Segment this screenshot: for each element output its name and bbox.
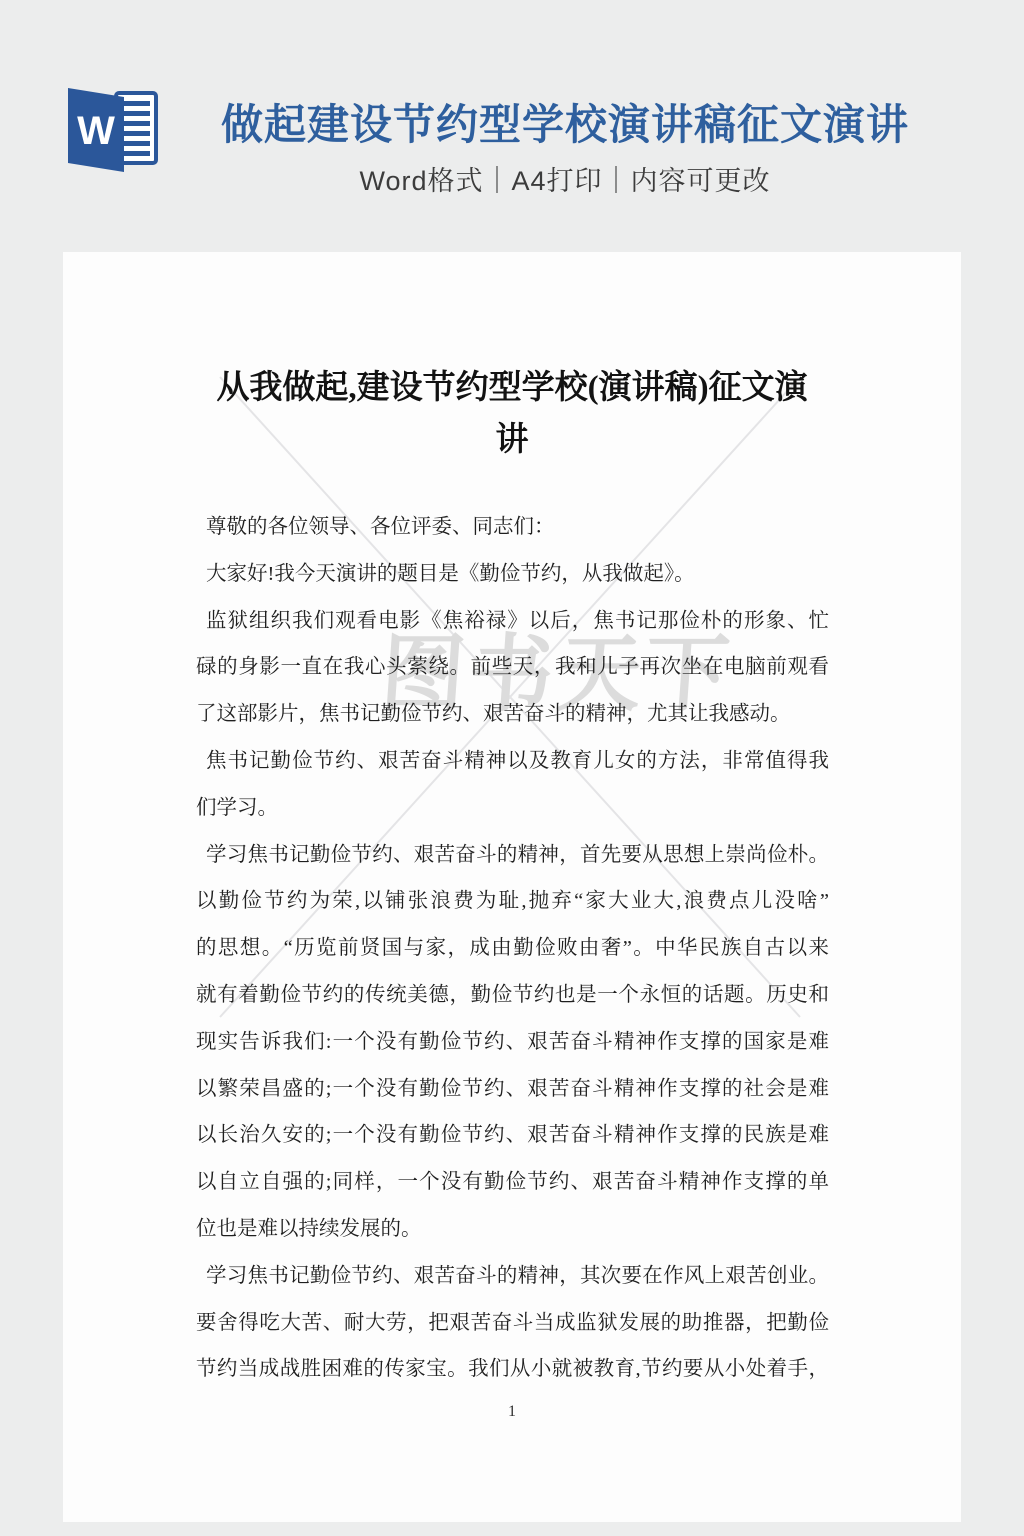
document-page: 图书天下 从我做起,建设节约型学校(演讲稿)征文演 讲 尊敬的各位领导、各位评委… <box>63 252 961 1522</box>
doc-line: 节约当成战胜困难的传家宝。我们从小就被教育,节约要从小处着手， <box>196 1346 829 1393</box>
doc-line: 碌的身影一直在我心头萦绕。前些天，我和儿子再次坐在电脑前观看 <box>196 644 829 691</box>
doc-line: 了这部影片，焦书记勤俭节约、艰苦奋斗的精神，尤其让我感动。 <box>196 691 829 738</box>
doc-line: 要舍得吃大苦、耐大劳，把艰苦奋斗当成监狱发展的助推器，把勤俭 <box>196 1300 829 1347</box>
listing-subtitle: Word格式｜A4打印｜内容可更改 <box>170 159 960 198</box>
document-title: 从我做起,建设节约型学校(演讲稿)征文演 讲 <box>63 362 961 466</box>
doc-line: 学习焦书记勤俭节约、艰苦奋斗的精神，首先要从思想上崇尚俭朴。 <box>196 832 829 879</box>
document-preview-screen: { "header": { "icon_letter": "W", "title… <box>0 0 1024 1536</box>
listing-title: 做起建设节约型学校演讲稿征文演讲 <box>170 88 960 150</box>
document-title-line: 从我做起,建设节约型学校(演讲稿)征文演 <box>63 362 961 414</box>
doc-line: 尊敬的各位领导、各位评委、同志们： <box>196 504 829 551</box>
doc-line: 们学习。 <box>196 785 829 832</box>
doc-body: 尊敬的各位领导、各位评委、同志们：大家好!我今天演讲的题目是《勤俭节约，从我做起… <box>196 504 829 1393</box>
doc-line: 以繁荣昌盛的;一个没有勤俭节约、艰苦奋斗精神作支撑的社会是难 <box>196 1066 829 1113</box>
site-header: W 做起建设节约型学校演讲稿征文演讲 Word格式｜A4打印｜内容可更改 <box>0 0 1024 252</box>
document-title-line: 讲 <box>63 414 961 466</box>
doc-line: 位也是难以持续发展的。 <box>196 1206 829 1253</box>
doc-line: 学习焦书记勤俭节约、艰苦奋斗的精神，其次要在作风上艰苦创业。 <box>196 1253 829 1300</box>
doc-line: 以自立自强的;同样，一个没有勤俭节约、艰苦奋斗精神作支撑的单 <box>196 1159 829 1206</box>
word-icon-letter: W <box>77 109 115 153</box>
doc-line: 以长治久安的;一个没有勤俭节约、艰苦奋斗精神作支撑的民族是难 <box>196 1112 829 1159</box>
page-number: 1 <box>63 1400 961 1424</box>
doc-line: 监狱组织我们观看电影《焦裕禄》以后，焦书记那俭朴的形象、忙 <box>196 598 829 645</box>
doc-line: 就有着勤俭节约的传统美德，勤俭节约也是一个永恒的话题。历史和 <box>196 972 829 1019</box>
header-text-block: 做起建设节约型学校演讲稿征文演讲 Word格式｜A4打印｜内容可更改 <box>170 88 960 198</box>
doc-line: 焦书记勤俭节约、艰苦奋斗精神以及教育儿女的方法，非常值得我 <box>196 738 829 785</box>
word-file-icon: W <box>66 84 160 178</box>
doc-line: 的思想。“历览前贤国与家，成由勤俭败由奢”。中华民族自古以来 <box>196 925 829 972</box>
doc-line: 大家好!我今天演讲的题目是《勤俭节约，从我做起》。 <box>196 551 829 598</box>
doc-line: 现实告诉我们:一个没有勤俭节约、艰苦奋斗精神作支撑的国家是难 <box>196 1019 829 1066</box>
doc-line: 以勤俭节约为荣,以铺张浪费为耻,抛弃“家大业大,浪费点儿没啥” <box>196 878 829 925</box>
